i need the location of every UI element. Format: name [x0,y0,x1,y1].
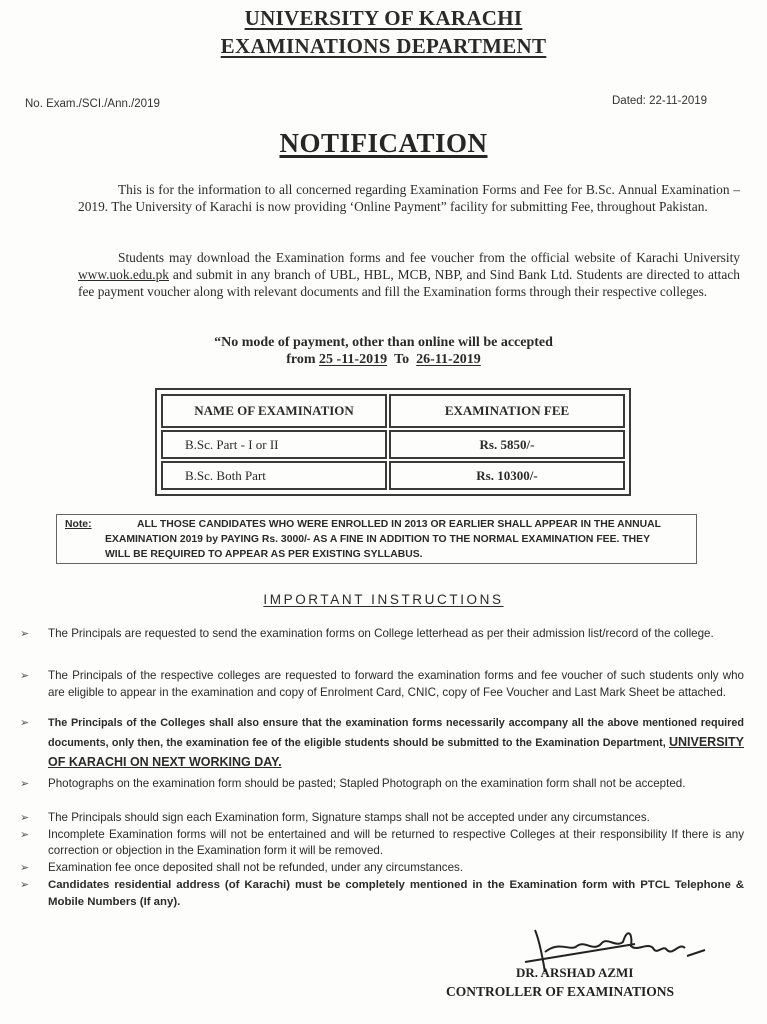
instruction-item: ➢ The Principals are requested to send t… [20,622,744,646]
download-paragraph: Students may download the Examination fo… [78,249,740,300]
arrow-bullet-icon: ➢ [20,668,29,685]
instructions-title: IMPORTANT INSTRUCTIONS [0,592,767,607]
instruction-item: ➢ The Principals of the Colleges shall a… [20,714,744,773]
instruction-item: ➢ The Principals should sign each Examin… [20,810,744,826]
table-row-fee: Rs. 5850/- [389,430,625,459]
note-box: Note:ALL THOSE CANDIDATES WHO WERE ENROL… [56,514,697,564]
date: Dated: 22-11-2019 [612,95,707,107]
reference-number: No. Exam./SCI./Ann./2019 [25,98,160,110]
intro-paragraph: This is for the information to all conce… [78,181,740,215]
arrow-bullet-icon: ➢ [20,827,29,843]
university-name: UNIVERSITY OF KARACHI [0,6,767,31]
table-header-fee: EXAMINATION FEE [389,394,625,428]
table-row-name: B.Sc. Part - I or II [161,430,387,459]
arrow-bullet-icon: ➢ [20,776,29,792]
fee-table: NAME OF EXAMINATION EXAMINATION FEE B.Sc… [155,388,631,496]
payment-notice-dates: from 25 -11-2019 To 26-11-2019 [0,351,767,368]
arrow-bullet-icon: ➢ [20,714,29,733]
to-date: 26-11-2019 [416,352,481,367]
note-label: Note: [65,517,137,532]
signatory-name: DR. ARSHAD AZMI [516,965,633,981]
instruction-item: ➢ Photographs on the examination form sh… [20,776,744,792]
table-row-fee: Rs. 10300/- [389,461,625,490]
arrow-bullet-icon: ➢ [20,622,29,646]
payment-notice-line1: “No mode of payment, other than online w… [0,334,767,351]
page-title: NOTIFICATION [0,128,767,159]
table-row-name: B.Sc. Both Part [161,461,387,490]
table-header-name: NAME OF EXAMINATION [161,394,387,428]
instruction-item: ➢ Incomplete Examination forms will not … [20,827,744,859]
department-name: EXAMINATIONS DEPARTMENT [0,34,767,59]
instruction-item: ➢ Candidates residential address (of Kar… [20,877,744,911]
signatory-title: CONTROLLER OF EXAMINATIONS [446,984,674,1000]
arrow-bullet-icon: ➢ [20,860,29,876]
instruction-item: ➢ Examination fee once deposited shall n… [20,860,744,876]
arrow-bullet-icon: ➢ [20,877,29,894]
arrow-bullet-icon: ➢ [20,810,29,826]
from-date: 25 -11-2019 [319,352,387,367]
instruction-item: ➢ The Principals of the respective colle… [20,668,744,701]
website-link[interactable]: www.uok.edu.pk [78,267,169,282]
